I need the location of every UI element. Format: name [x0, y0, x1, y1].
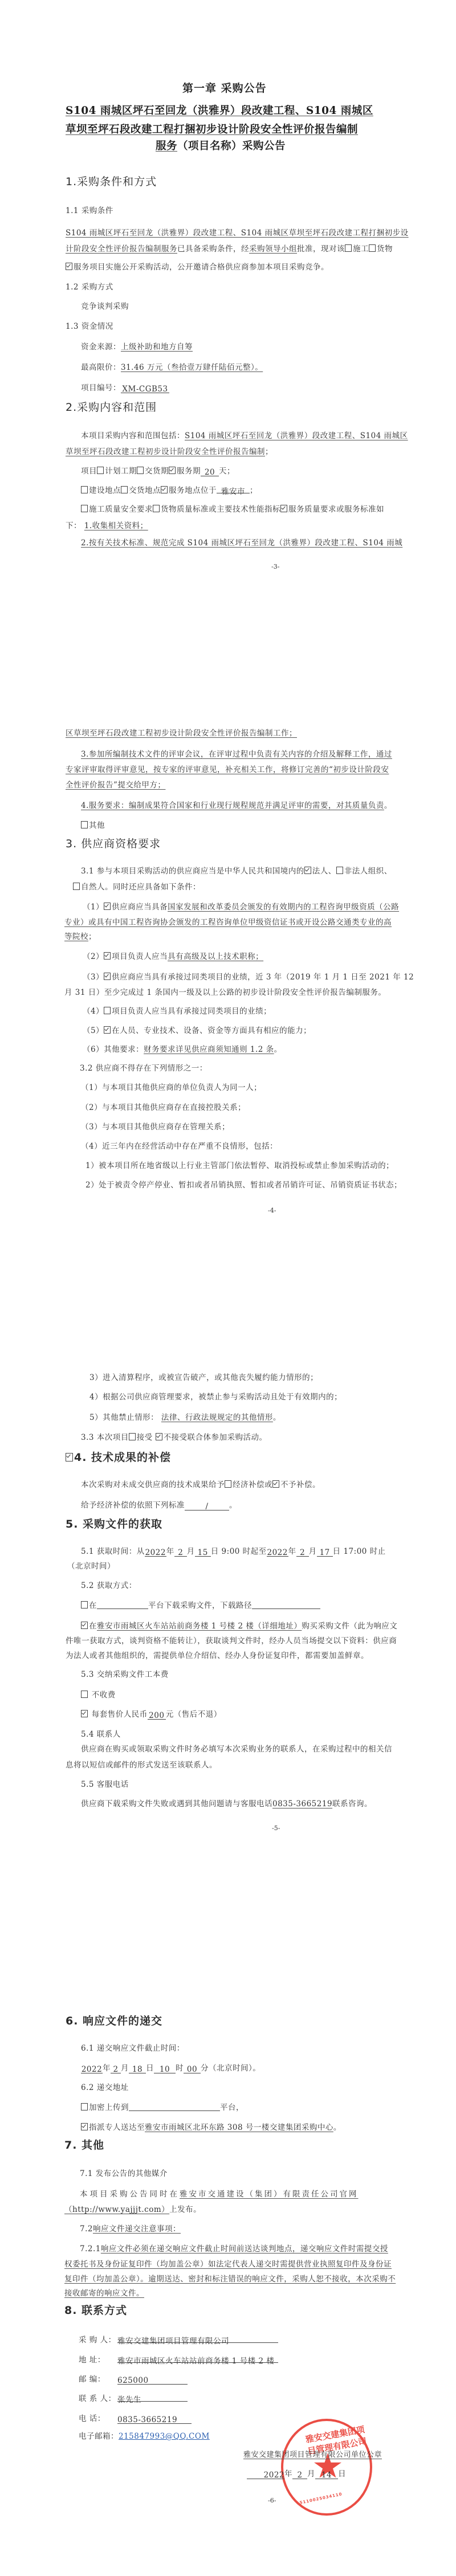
unit-year: 年 — [284, 2469, 292, 2479]
deadline-year: 2022 — [81, 2065, 103, 2073]
comp-text: 本次采购对未成交供应商的技术成果给予 — [81, 1480, 225, 1489]
m1-b: 平台下载采购文件，下载路径 — [148, 1601, 252, 1610]
s55-heading: 5.5 客服电话 — [81, 1778, 129, 1789]
c2-text: 项目负责人应当 — [112, 952, 168, 961]
n45-text: 5）其他禁止情形： — [89, 1413, 158, 1422]
checkbox-plan-period[interactable] — [97, 467, 104, 474]
c1-u3: 等院校 — [64, 932, 88, 941]
m2-a: 在 — [89, 1622, 97, 1631]
unit-minute: 分（北京时间）。 — [201, 2064, 260, 2073]
fee-paid-suffix: 元（售后不退） — [166, 1710, 222, 1719]
s721-l2: 权委托书及身份证复印件（均加盖公章）如法定代表人递交时需提供营业执照复印件及身份… — [64, 2257, 392, 2269]
conditions-text: 已具备采购条件，经 — [177, 244, 249, 254]
fund-source: 资金来源：上级补助和地方自筹 — [81, 340, 193, 352]
checkbox-cond-3[interactable] — [104, 973, 111, 980]
seal-day: 14 — [315, 2471, 338, 2479]
unit-month: 月 — [121, 2064, 129, 2073]
deliver-label: 指派专人送达至 — [89, 2123, 145, 2132]
section-5-heading: 5. 采购文件的获取 — [66, 1516, 162, 1531]
scope-label: 本项目采购内容和范围包括： — [81, 431, 185, 440]
c5-text: 在人员、专业技术、设备、资金等方面具有相应的能力； — [112, 1026, 311, 1035]
code-label: 项目编号： — [81, 383, 121, 393]
email-label: 电子邮箱： — [79, 2432, 119, 2441]
other-option: 其他 — [81, 819, 105, 830]
contact-value: 张先生 — [117, 2393, 188, 2402]
period-opt3: 服务期 — [177, 467, 201, 476]
comp-opt1: 经济补偿或 — [233, 1480, 272, 1489]
n45-end: 。 — [273, 1413, 281, 1422]
contact-label: 采 购 人： — [79, 2333, 117, 2345]
method-purchase-l2: 件唯一获取方式，谈判资格不能转让），获取谈判文件时，经办人员当场提交以下资料：供… — [66, 1634, 397, 1646]
contact-label: 邮 编： — [79, 2373, 117, 2384]
seal-month: 2 — [292, 2471, 307, 2479]
s721-text1: 响应文件必须在递交响应文件截止时间前送达谈判地点，递交响应文件时需提交授 — [101, 2244, 388, 2254]
checkbox-cond-1[interactable] — [104, 903, 111, 910]
fee-paid: 每套售价人民币200元（售后不退） — [81, 1708, 222, 1720]
submit-deliver: 指派专人送达至雅安市雨城区北环东路 308 号一楼交建集团采购中心。 — [81, 2121, 341, 2132]
s72-title: 响应文件递交注意事项： — [93, 2224, 181, 2234]
m2-address: 雅安市雨城区火车站站前商务楼 1 号楼 2 楼（详细地址） — [97, 1622, 302, 1631]
quality-item4: 4.服务要求：编制成果符合国家和行业现行规程规范并满足评审的需要，对其质量负责。 — [81, 799, 392, 810]
doc-title-line2: 草坝至坪石段改建工程打捆初步设计阶段安全性评价报告编制 — [66, 121, 358, 136]
s721-l3: 复印件（均加盖公章）。逾期送达、密封和标注错误的响应文件，采购人恕不接收，本次采… — [64, 2272, 396, 2284]
fee-paid-label: 每套售价人民币 — [92, 1710, 148, 1719]
quality-item3-l1: 3.参加所编制技术文件的评审会议，在评审过程中负责有关内容的介绍及解释工作，通过 — [81, 748, 392, 759]
loc-opt2: 交货地点 — [129, 486, 161, 495]
checkbox-goods[interactable] — [369, 244, 376, 252]
s721-num: 7.2.1 — [80, 2244, 101, 2254]
contact-purchaser: 采 购 人：雅安交建集团项目管理有限公司 — [79, 2333, 278, 2345]
conditions-line1: S104 雨城区坪石至回龙（洪雅界）段改建工程、S104 雨城区草坝至坪石段改建… — [66, 226, 409, 238]
checkbox-construction-quality[interactable] — [81, 505, 88, 512]
quality-item1: 下： 1.收集相关资料； — [66, 519, 148, 530]
section-8-heading: 8. 联系方式 — [64, 2302, 127, 2317]
quality-item3-l2: 专家评审取得评审意见，按专家的评审意见，补充相关工作，将修订完善的“初步设计阶段… — [66, 763, 389, 774]
cond-5: （5）在人员、专业技术、设备、资金等方面具有相应的能力； — [83, 1024, 311, 1035]
exclusion-4-2: 2）处于被责令停产停业、暂扣或者吊销执照、暂扣或者吊销许可证、吊销资质证书状态； — [85, 1178, 402, 1190]
path-blank — [252, 1601, 320, 1609]
contact-value: 0835-3665219 — [117, 2415, 192, 2424]
item4-end: 。 — [384, 801, 392, 810]
contact-label: 电 话： — [79, 2412, 117, 2423]
service-location: 建设地点交货地点服务地点位于雅安市； — [81, 484, 258, 495]
s51-time: 5.1 获取时间：从2022年2月15日 9:00 时起至2022年2月17日 … — [81, 1545, 386, 1557]
exclusion-4-3: 3）进入清算程序，或被宣告破产，或其他丧失履约能力情形的； — [89, 1371, 318, 1382]
checkbox-construction[interactable] — [345, 244, 352, 252]
checkbox-economic-comp[interactable] — [225, 1480, 231, 1488]
checkbox-delivery-period[interactable] — [137, 467, 144, 474]
unit-month: 月 — [307, 2469, 315, 2479]
s51-timezone: （北京时间） — [67, 1560, 115, 1571]
unit-year: 年 — [166, 1547, 174, 1556]
exclusion-4-4: 4）根据公司供应商管理要求，被禁止参与采购活动且处于有效期内的； — [89, 1390, 342, 1402]
checkbox-reject-consortium[interactable] — [156, 1433, 162, 1440]
conditions-project: 计阶段安全性评价报告编制服务 — [66, 244, 177, 254]
fund-label: 资金来源： — [81, 342, 121, 352]
checkbox-service[interactable] — [66, 263, 72, 270]
m1-a: 在 — [89, 1601, 97, 1610]
deliver-address: 雅安市雨城区北环东路 308 号一楼交建集团采购中心 — [145, 2123, 333, 2132]
checkbox-download[interactable] — [81, 1601, 88, 1609]
exclusion-1: （1）与本项目其他供应商的单位负责人为同一人； — [81, 1081, 262, 1092]
c2-prefix: （2） — [83, 952, 104, 961]
exclusion-2: （2）与本项目其他供应商存在直接控股关系； — [81, 1101, 246, 1112]
contact-phone: 电 话：0835-3665219 — [79, 2412, 192, 2424]
s71-line1: 本项目采购公告同时在雅安市交通建设（集团）有限责任公司官网 — [80, 2187, 359, 2199]
qual-opt3: 服务质量要求或服务标准如 — [288, 505, 384, 514]
checkbox-deliver[interactable] — [81, 2123, 88, 2130]
c1-u1: 国家发展和改革委员会颁发的有效期内的工程咨询甲级资质（公路 — [168, 903, 399, 912]
c1-text: 供应商应当具备 — [112, 903, 168, 912]
s721-l4: 接收邮寄的响应文件。 — [64, 2287, 144, 2298]
s33-text: 3.3 本次项目 — [81, 1433, 129, 1442]
comp-end: 。 — [229, 1501, 237, 1510]
section-7-heading: 7. 其他 — [64, 2137, 104, 2152]
procurement-method: 竞争谈判采购 — [81, 300, 129, 311]
c4-text: 项目负责人应当具有承接过同类项目的业绩； — [112, 1007, 271, 1016]
page-number-6: -6- — [268, 2497, 276, 2504]
s71-line2: （http://www.yajjjt.com）上发布。 — [64, 2203, 201, 2214]
checkbox-cond-2[interactable] — [104, 952, 111, 960]
exclusion-4-5: 5）其他禁止情形： 法律、行政法规规定的其他情形。 — [89, 1411, 281, 1422]
n45-u: 法律、行政法规规定的其他情形 — [161, 1413, 273, 1422]
checkbox-accept-consortium[interactable] — [129, 1433, 136, 1440]
s31-opt1: 法人、 — [312, 867, 336, 876]
c1-end: ； — [88, 932, 96, 941]
s54-line1: 供应商在购买或领取采购文件时务必填写本次采购业务的联系人，在采购过程中的相关信 — [81, 1742, 392, 1754]
item1: 1.收集相关资料； — [84, 521, 148, 530]
s33-opt2: 不接受联合体参加采购活动。 — [164, 1433, 267, 1442]
s54-heading: 5.4 联系人 — [81, 1728, 121, 1739]
conditions-approver: 采购领导小组 — [249, 244, 297, 254]
conditions-text2: 批准，现对该 — [297, 244, 345, 254]
section-1-heading: 1.采购条件和方式 — [66, 173, 157, 189]
s52-heading: 5.2 获取方式： — [81, 1579, 137, 1590]
checkbox-section-4[interactable] — [66, 1453, 73, 1461]
scope-value1: S104 雨城区坪石至回龙（洪雅界）段改建工程、S104 雨城区 — [185, 431, 408, 440]
s31-opt3: 自然人。同时还应具备如下条件： — [81, 883, 201, 892]
s71-site-url[interactable]: （http://www.yajjjt.com） — [64, 2205, 169, 2214]
c4-prefix: （4） — [83, 1007, 104, 1016]
max-price: 最高限价：31.46 万元（叁拾壹万肆仟陆佰元整）。 — [81, 361, 263, 372]
s62-heading: 6.2 递交地址 — [81, 2081, 129, 2092]
fee-free: 不收费 — [81, 1688, 116, 1700]
s71-text: 本项目采购公告同时在 — [80, 2190, 180, 2199]
s54-line2: 息将以短信或邮件的形式发送至该联系人。 — [66, 1758, 217, 1770]
doc-title-line1: S104 雨城区坪石至回龙（洪雅界）段改建工程、S104 雨城区 — [66, 103, 373, 117]
loc-opt1: 建设地点 — [89, 486, 121, 495]
quality-item2-cont: 区草坝至坪石段改建工程初步设计阶段安全性评价报告编制工作； — [66, 726, 297, 738]
checkbox-non-legal-org[interactable] — [336, 867, 343, 874]
upload-label: 加密上传到 — [89, 2103, 129, 2112]
period-prefix: 项目 — [81, 467, 97, 476]
comp-standard-value: / — [185, 1502, 229, 1511]
s71-suffix: 上发布。 — [169, 2205, 201, 2214]
scope-value2: 草坝至坪石段改建工程初步设计阶段安全性评价报告编制 — [66, 447, 265, 456]
deliver-end: 。 — [333, 2123, 341, 2132]
period-unit: 天； — [219, 467, 235, 476]
checkbox-service-quality[interactable] — [280, 505, 287, 512]
cond-3-l2: 月 31 日）至少完成过 1 条国内一级及以上公路的初步设计阶段安全性评价报告编… — [64, 986, 386, 997]
service-period: 项目计划工期交货期服务期20天； — [81, 464, 235, 476]
page-number-3: -3- — [271, 563, 279, 570]
s55-suffix: 联系咨询。 — [332, 1799, 372, 1808]
unit-hour: 时 — [176, 2064, 184, 2073]
quality-standard: 施工质量安全要求货物质量标准或主要技术性能指标服务质量要求或服务标准如 — [81, 503, 384, 514]
c3-text: 供应商应当具有承接过同类项目的业绩，近 3 年（2019 年 1 月 1 日至 … — [112, 973, 414, 982]
s31-line1: 3.1 参与本项目采购活动的供应商应当是中华人民共和国境内的法人、非法人组织、 — [81, 864, 392, 876]
start-month: 2 — [174, 1548, 187, 1557]
section-3-heading: 3. 供应商资格要求 — [66, 835, 161, 851]
project-code: 项目编号：XM-CGB53 — [81, 381, 169, 393]
checkbox-other[interactable] — [81, 821, 88, 828]
stamp-code: 5110025034110 — [299, 2492, 343, 2505]
s71-site-name: 雅安市交通建设（集团）有限责任公司官网 — [180, 2190, 359, 2199]
contact-email: 电子邮箱：215847993@QQ.COM — [79, 2430, 210, 2441]
checkbox-service-site[interactable] — [161, 486, 168, 493]
loc-end: ； — [250, 486, 258, 495]
exclusion-4-1: 1）被本项目所在地省级以上行业主管部门依法暂停、取消投标或禁止参加采购活动的； — [85, 1159, 394, 1170]
deadline-month: 2 — [111, 2065, 121, 2073]
service-phone: 0835-3665219 — [272, 1799, 332, 1808]
period-value: 20 — [201, 468, 219, 476]
contact-person: 联 系 人：张先生 — [79, 2392, 188, 2403]
page-number-4: -4- — [268, 1207, 276, 1214]
upload-platform-blank — [129, 2103, 220, 2111]
doc-title-service: 服务 — [156, 140, 177, 152]
checkbox-service-period[interactable] — [169, 467, 176, 474]
section-2-heading: 2.采购内容和范围 — [66, 399, 157, 414]
qual-opt2: 货物质量标准或主要技术性能指标 — [161, 505, 280, 514]
s72-num: 7.2 — [80, 2224, 93, 2234]
s71-heading: 7.1 发布公告的其他媒介 — [80, 2167, 168, 2178]
submit-upload: 加密上传到平台， — [81, 2101, 244, 2112]
checkbox-cond-5[interactable] — [104, 1026, 111, 1034]
contact-address: 地 址：雅安市雨城区火车站站前商务楼 1 号楼 2 楼 — [79, 2353, 278, 2365]
comp-opt2: 不予补偿。 — [280, 1480, 320, 1489]
unit-day: 日 — [338, 2469, 346, 2479]
quality-item3-l3: 全性评价报告”提交给甲方； — [66, 778, 165, 790]
contact-value: 雅安交建集团项目管理有限公司 — [117, 2334, 278, 2343]
c3-prefix: （3） — [83, 973, 104, 982]
section-4-heading: 4. 技术成果的补偿 — [66, 1449, 171, 1464]
deadline-day: 18 — [129, 2065, 146, 2073]
unit-day: 日 — [146, 2064, 154, 2073]
c5-prefix: （5） — [83, 1026, 104, 1035]
cond-4: （4）项目负责人应当具有承接过同类项目的业绩； — [83, 1005, 271, 1016]
c6-end: 。 — [274, 1045, 282, 1054]
cond-6: （6）其他要求：财务要求详见供应商须知通则 1.2 条。 — [83, 1043, 282, 1054]
fee-value: 200 — [148, 1711, 166, 1720]
cond-1-l2: 专业）或具有中国工程咨询协会颁发的工程咨询单位甲级资信证书或开设公路交通类专业的… — [64, 916, 392, 927]
upload-suffix: 平台， — [220, 2103, 244, 2112]
item4: 4.服务要求：编制成果符合国家和行业现行规程规范并满足评审的需要，对其质量负责 — [81, 801, 384, 810]
method-purchase-l1: 在雅安市雨城区火车站站前商务楼 1 号楼 2 楼（详细地址）购买采购文件（此为响… — [81, 1619, 397, 1631]
start-day: 15 — [195, 1548, 211, 1557]
start-time: 日 9:00 时起至 — [211, 1547, 267, 1556]
section-1-1-heading: 1.1 采购条件 — [66, 204, 113, 215]
cond-1-l3: 等院校； — [64, 930, 96, 941]
chapter-title: 第一章 采购公告 — [182, 80, 267, 95]
loc-value: 雅安市 — [217, 485, 250, 493]
checkbox-fee-free[interactable] — [81, 1691, 88, 1698]
unit-month: 月 — [309, 1547, 317, 1556]
comp-standard-label: 给予经济补偿的依照下列标准 — [81, 1501, 185, 1510]
checkbox-delivery-site[interactable] — [121, 486, 128, 493]
c2-u: 具有高级及以上技术职称； — [168, 952, 263, 961]
checkbox-legal-person[interactable] — [304, 867, 311, 874]
start-year: 2022 — [145, 1548, 166, 1557]
end-year: 2022 — [267, 1548, 288, 1557]
period-opt2: 交货期 — [145, 467, 169, 476]
cond-3-l1: （3）供应商应当具有承接过同类项目的业绩，近 3 年（2019 年 1 月 1 … — [83, 970, 414, 982]
loc-opt3: 服务地点位于 — [169, 486, 217, 495]
contact-label: 地 址： — [79, 2353, 117, 2365]
checkbox-fee-paid[interactable] — [81, 1710, 88, 1717]
s33-consortium: 3.3 本次项目接受 不接受联合体参加采购活动。 — [81, 1431, 267, 1442]
deadline-hour: 10 — [154, 2065, 176, 2073]
checkbox-build-site[interactable] — [81, 486, 88, 493]
scope-line2: 草坝至坪石段改建工程初步设计阶段安全性评价报告编制； — [66, 445, 273, 456]
fund-value: 上级补助和地方自筹 — [121, 342, 193, 352]
doc-title-line3: 服务（项目名称）采购公告 — [156, 138, 286, 153]
seal-date: 2022年2月14日 — [247, 2467, 346, 2479]
m2-b: 购买采购文件（此为响应文 — [302, 1622, 397, 1631]
price-value: 31.46 万元（叁拾壹万肆仟陆佰元整）。 — [121, 363, 263, 372]
s61-deadline: 2022年2月18日10时00分（北京时间）。 — [81, 2061, 260, 2073]
section-1-2-heading: 1.2 采购方式 — [66, 280, 113, 292]
fee-free-label: 不收费 — [92, 1691, 116, 1700]
c1-prefix: （1） — [83, 903, 104, 912]
doc-title-suffix: （项目名称）采购公告 — [177, 140, 286, 152]
contact-value: 雅安市雨城区火车站站前商务楼 1 号楼 2 楼 — [117, 2354, 278, 2363]
checkbox-natural-person[interactable] — [73, 883, 80, 890]
qual-opt1: 施工质量安全要求 — [89, 505, 153, 514]
end-month: 2 — [296, 1548, 309, 1557]
compensation-line2: 给予经济补偿的依照下列标准/。 — [81, 1499, 237, 1511]
section-6-heading: 6. 响应文件的递交 — [66, 2012, 162, 2028]
s53-heading: 5.3 交纳采购文件工本费 — [81, 1668, 169, 1679]
scope-end: ； — [265, 447, 273, 456]
checkbox-goods-quality[interactable] — [153, 505, 160, 512]
conditions-line2: 计阶段安全性评价报告编制服务已具备采购条件，经采购领导小组批准，现对该施工货物 — [66, 242, 393, 254]
qual-cont: 下： — [66, 521, 82, 530]
s51-label: 5.1 获取时间：从 — [81, 1547, 145, 1556]
unit-year: 年 — [103, 2064, 111, 2073]
section-4-title: 4. 技术成果的补偿 — [74, 1451, 171, 1464]
checkbox-cond-4[interactable] — [104, 1007, 111, 1014]
price-label: 最高限价： — [81, 363, 121, 372]
period-opt1: 计划工期 — [105, 467, 137, 476]
other-label: 其他 — [89, 821, 105, 830]
contact-value: 625000 — [117, 2376, 188, 2385]
code-value: XM-CGB53 — [121, 385, 169, 393]
checkbox-purchase[interactable] — [81, 1622, 88, 1629]
s31-opt2: 非法人组织、 — [344, 867, 392, 876]
section-1-3-heading: 1.3 资金情况 — [66, 320, 113, 331]
end-day: 17 — [317, 1548, 333, 1557]
s55-text: 供应商下载采购文件失败或遇到其他问题请与客服电话 — [81, 1799, 272, 1808]
s31-line2: 自然人。同时还应具备如下条件： — [73, 880, 201, 892]
unit-year: 年 — [288, 1547, 296, 1556]
cond-1-l1: （1）供应商应当具备国家发展和改革委员会颁发的有效期内的工程咨询甲级资质（公路 — [83, 900, 399, 912]
end-time: 日 17:00 时止 — [333, 1547, 386, 1556]
scope-line1: 本项目采购内容和范围包括：S104 雨城区坪石至回龙（洪雅界）段改建工程、S10… — [81, 429, 408, 440]
method-purchase-l3: 为法人或者其他组织的，需提供单位介绍信、经办人身份证复印件，都需要加盖鲜章。 — [66, 1649, 369, 1660]
compensation-line1: 本次采购对未成交供应商的技术成果给予经济补偿或不予补偿。 — [81, 1478, 320, 1489]
page-number-5: -5- — [272, 1824, 280, 1832]
unit-month: 月 — [187, 1547, 195, 1556]
cond-2: （2）项目负责人应当具有高级及以上技术职称； — [83, 950, 263, 961]
method-download: 在平台下载采购文件，下载路径 — [81, 1599, 320, 1610]
contact-postcode: 邮 编：625000 — [79, 2373, 188, 2385]
s61-heading: 6.1 递交响应文件截止时间： — [81, 2042, 185, 2053]
checkbox-upload[interactable] — [81, 2103, 88, 2110]
s55-line: 供应商下载采购文件失败或遇到其他问题请与客服电话0835-3665219联系咨询… — [81, 1797, 372, 1808]
opt-construction-label: 施工 — [353, 244, 369, 254]
conditions-line3: 服务项目实施公开采购活动，公开邀请合格供应商参加本项目采购竞争。 — [66, 260, 329, 272]
opt-service-label: 服务项目实施公开采购活动，公开邀请合格供应商参加本项目采购竞争。 — [74, 263, 329, 272]
s32-heading: 3.2 供应商不得存在下列情形之一： — [80, 1062, 207, 1073]
seal-line: 雅安交建集团项目管理有限公司单位公章 — [243, 2448, 382, 2459]
s31-text: 3.1 参与本项目采购活动的供应商应当是中华人民共和国境内的 — [81, 867, 304, 876]
deadline-minute: 00 — [184, 2065, 201, 2073]
c6-u: 财务要求详见供应商须知通则 1.2 条 — [144, 1045, 274, 1054]
platform-blank — [97, 1601, 148, 1609]
s721-l1: 7.2.1响应文件必须在递交响应文件截止时间前送达谈判地点，递交响应文件时需提交… — [80, 2242, 388, 2254]
checkbox-no-comp[interactable] — [272, 1480, 279, 1488]
s33-opt1: 接受 — [137, 1433, 153, 1442]
email-link[interactable]: 215847993@QQ.COM — [119, 2432, 210, 2441]
exclusion-3: （3）与本项目其他供应商存在管理关系； — [81, 1120, 230, 1132]
c6-text: （6）其他要求： — [83, 1045, 144, 1054]
quality-item2: 2.按有关技术标准、规范完成 S104 雨城区坪石至回龙（洪雅界）段改建工程、S… — [81, 536, 402, 548]
exclusion-4: （4）近三年内在经营活动中存在严重不良情形，包括： — [81, 1140, 278, 1151]
s72-heading: 7.2响应文件递交注意事项： — [80, 2222, 181, 2234]
opt-goods-label: 货物 — [377, 244, 393, 254]
seal-year: 2022 — [247, 2471, 284, 2479]
contact-label: 联 系 人： — [79, 2392, 117, 2403]
